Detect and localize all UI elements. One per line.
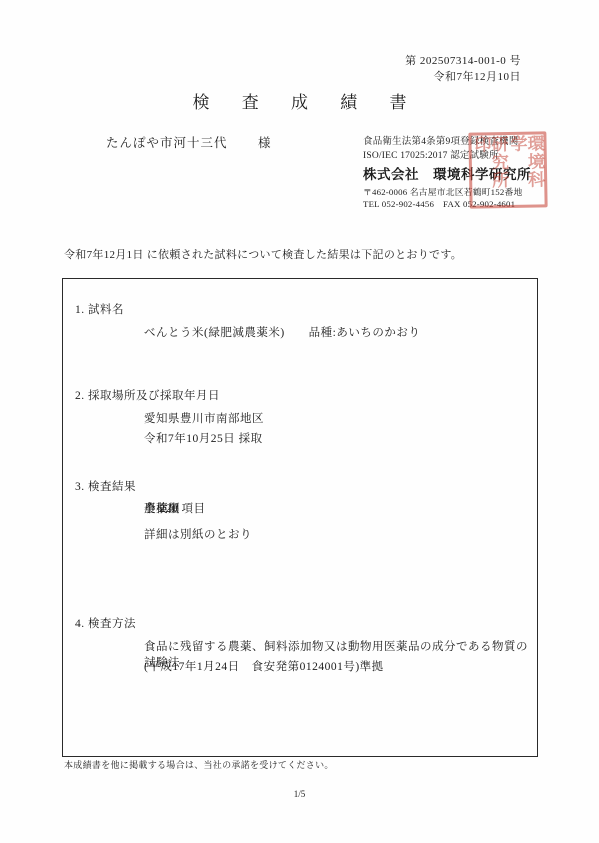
page-title: 検 査 成 績 書 xyxy=(0,88,599,113)
issuer-company-name: 株式会社 環境科学研究所 xyxy=(363,168,531,182)
issuer-address: 〒462-0006 名古屋市北区若鶴町152番地 xyxy=(363,188,531,197)
document-number: 第 202507314-001-0 号 xyxy=(405,54,521,70)
section1-sample-name: べんとう米(緑肥減農薬米) 品種:あいちのかおり xyxy=(144,324,420,340)
document-meta: 第 202507314-001-0 号 令和7年12月10日 xyxy=(405,54,521,86)
issuer-tel-fax: TEL 052-902-4456 FAX 052-902-4601 xyxy=(363,200,531,209)
section1-heading: 1. 試料名 xyxy=(75,301,124,317)
intro-line: 令和7年12月1日 に依頼された試料について検査した結果は下記のとおりです。 xyxy=(64,246,462,262)
issuer-registration: 食品衛生法第4条第9項登録検査機関 xyxy=(363,138,531,148)
inspection-certificate-page: 第 202507314-001-0 号 令和7年12月10日 検 査 成 績 書… xyxy=(0,0,599,843)
issue-date: 令和7年12月10日 xyxy=(405,70,521,86)
section3-heading: 3. 検査結果 xyxy=(75,478,136,494)
section2-location: 愛知県豊川市南部地区 xyxy=(144,410,264,426)
section2-sampling-date: 令和7年10月25日 採取 xyxy=(144,430,263,446)
section4-method-line2: (平成17年1月24日 食安発第0124001号)準拠 xyxy=(144,658,384,674)
issuer-block: 食品衛生法第4条第9項登録検査機関 ISO/IEC 17025:2017 認定試… xyxy=(363,138,531,213)
footer-note: 本成績書を他に掲載する場合は、当社の承諾を受けてください。 xyxy=(64,758,334,771)
report-box: 1. 試料名 べんとう米(緑肥減農薬米) 品種:あいちのかおり 2. 採取場所及… xyxy=(62,278,538,757)
section2-heading: 2. 採取場所及び採取年月日 xyxy=(75,387,220,403)
addressee-honorific: 様 xyxy=(258,133,271,151)
page-number: 1/5 xyxy=(0,789,599,799)
section4-heading: 4. 検査方法 xyxy=(75,615,136,631)
section3-detail-note: 詳細は別紙のとおり xyxy=(144,526,252,542)
issuer-accreditation: ISO/IEC 17025:2017 認定試験所 xyxy=(363,152,531,162)
addressee-name: たんぽや市河十三代 xyxy=(106,133,228,151)
section3-result: 不検出 xyxy=(144,500,180,516)
